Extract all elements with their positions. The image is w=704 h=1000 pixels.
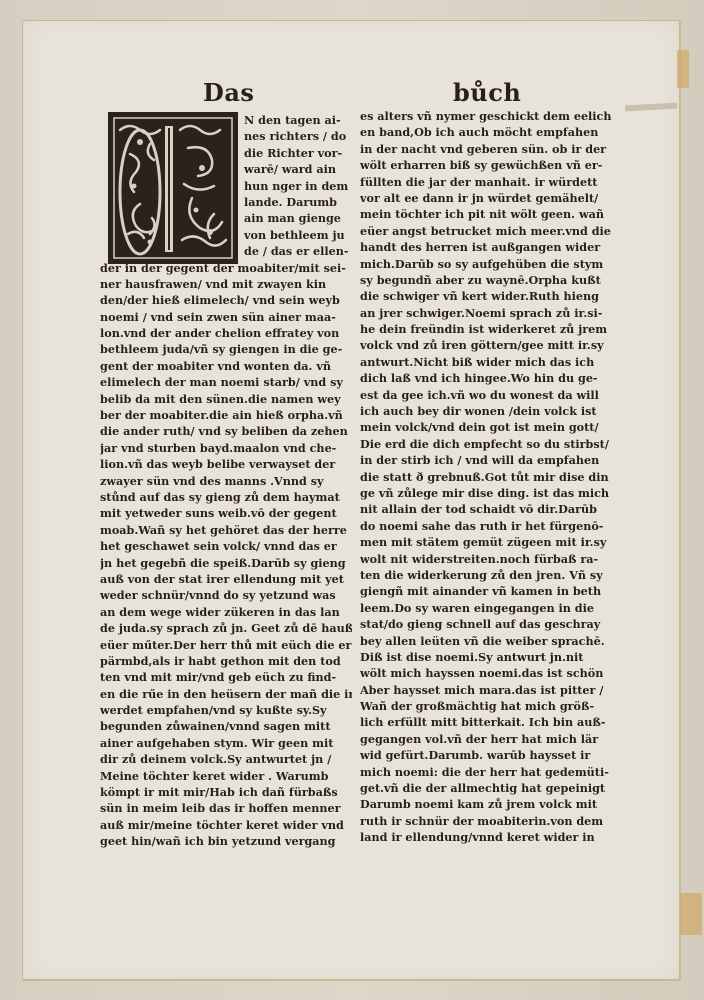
text-line: ainer aufgehaben stym. Wir geen mit — [100, 735, 352, 751]
text-line: men mit stätem gemüt zügeen mit ir.sy — [360, 534, 632, 550]
text-line: gegangen vol.vñ der herr hat mich lär — [360, 731, 632, 747]
text-line: in der stirb ich / vnd will da empfahen — [360, 452, 632, 468]
text-line: sün in meim leib das ir hoffen menner — [100, 800, 352, 816]
tape-strip-bottom-right — [680, 893, 702, 935]
text-line: elimelech der man noemi starb/ vnd sy — [100, 374, 352, 390]
text-line: an dem wege wider zükeren in das lan — [100, 604, 352, 620]
text-line: en band,Ob ich auch möcht empfahen — [360, 124, 632, 140]
text-line: in der nacht vnd geberen sün. ob ir der — [360, 141, 632, 157]
text-line: bey allen leüten vñ die weiber sprachē. — [360, 633, 632, 649]
text-line: den/der hieß elimelech/ vnd sein weyb — [100, 292, 352, 308]
text-line: de / das er ellen- — [244, 243, 352, 259]
text-line: füllten die jar der manhait. ir würdett — [360, 174, 632, 190]
text-line: belib da mit den sünen.die namen wey — [100, 391, 352, 407]
text-line: auß von der stat irer ellendung mit yet — [100, 571, 352, 587]
text-line: wölt mich hayssen noemi.das ist schön — [360, 665, 632, 681]
text-line: het geschawet sein volck/ vnnd das er — [100, 538, 352, 554]
text-line: sy begundñ aber zu waynē.Orpha kußt — [360, 272, 632, 288]
text-line: ten vnd mit mir/vnd geb eüch zu find- — [100, 669, 352, 685]
text-line: jn het gegebñ die speiß.Darūb sy gieng — [100, 555, 352, 571]
text-line: nes richters / do — [244, 128, 352, 144]
text-line: noemi / vnd sein zwen sün ainer maa- — [100, 309, 352, 325]
text-line: die Richter vor- — [244, 145, 352, 161]
text-line: eüer műter.Der herr thů mit eüch die er — [100, 637, 352, 653]
header-left-word: Das — [203, 78, 254, 107]
text-line: der in der gegent der moabiter/mit sei- — [100, 260, 352, 276]
text-line: geet hin/wañ ich bin yetzund vergang — [100, 833, 352, 849]
text-line: ber der moabiter.die ain hieß orpha.vñ — [100, 407, 352, 423]
text-line: bethleem juda/vñ sy giengen in die ge- — [100, 341, 352, 357]
text-line: gent der moabiter vnd wonten da. vñ — [100, 358, 352, 374]
text-line: es alters vñ nymer geschickt dem eelich — [360, 108, 632, 124]
text-line: begunden zůwainen/vnnd sagen mitt — [100, 718, 352, 734]
text-line: Meine töchter keret wider . Warumb — [100, 768, 352, 784]
text-line: leem.Do sy waren eingegangen in die — [360, 600, 632, 616]
text-line: wolt nit widerstreiten.noch fürbaß ra- — [360, 551, 632, 567]
text-line: he dein freündin ist widerkeret zů jrem — [360, 321, 632, 337]
text-line: get.vñ die der allmechtig hat gepeinigt — [360, 780, 632, 796]
text-line: mich noemi: die der herr hat gedemüti- — [360, 764, 632, 780]
text-line: zwayer sün vnd des manns .Vnnd sy — [100, 473, 352, 489]
text-line: vor alt ee dann ir jn würdet gemähelt/ — [360, 190, 632, 206]
text-line: auß mir/meine töchter keret wider vnd — [100, 817, 352, 833]
text-line: Wañ der großmächtig hat mich größ- — [360, 698, 632, 714]
text-line: mein töchter ich pit nit wölt geen. wañ — [360, 206, 632, 222]
text-line: est da gee ich.vñ wo du wonest da will — [360, 387, 632, 403]
text-line: antwurt.Nicht biß wider mich das ich — [360, 354, 632, 370]
text-line: hun nger in dem — [244, 178, 352, 194]
text-line: werdet empfahen/vnd sy kußte sy.Sy — [100, 702, 352, 718]
text-line: von bethleem ju — [244, 227, 352, 243]
text-line: dir zů deinem volck.Sy antwurtet jn / — [100, 751, 352, 767]
text-line: wölt erharren biß sy gewüchßen vñ er- — [360, 157, 632, 173]
text-line: pärmbd,als ir habt gethon mit den tod — [100, 653, 352, 669]
text-line: die statt ð grebnuß.Got tůt mir dise din — [360, 469, 632, 485]
text-line: Aber haysset mich mara.das ist pitter / — [360, 682, 632, 698]
text-line: kömpt ir mit mir/Hab ich dañ fürbaßs — [100, 784, 352, 800]
text-line: warē/ ward ain — [244, 161, 352, 177]
text-line: ten die widerkerung zů den jren. Vñ sy — [360, 567, 632, 583]
right-text-column: es alters vñ nymer geschickt dem eelich … — [360, 108, 632, 846]
text-line: ner hausfrawen/ vnd mit zwayen kin — [100, 276, 352, 292]
text-line: an jrer schwiger.Noemi sprach zů ir.si- — [360, 305, 632, 321]
text-line: giengñ mit ainander vñ kamen in beth — [360, 583, 632, 599]
text-line: stůnd auf das sy gieng zů dem haymat — [100, 489, 352, 505]
text-line: de juda.sy sprach zů jn. Geet zů dē hauß — [100, 620, 352, 636]
text-line: do noemi sahe das ruth ir het fürgenō- — [360, 518, 632, 534]
text-line: land ir ellendung/vnnd keret wider in — [360, 829, 632, 845]
text-line: Diß ist dise noemi.Sy antwurt jn.nit — [360, 649, 632, 665]
header-right-word: bůch — [453, 78, 521, 107]
text-line: die ander ruth/ vnd sy beliben da zehen — [100, 423, 352, 439]
text-line: lion.vñ das weyb belibe verwayset der — [100, 456, 352, 472]
text-line: wid gefürt.Darumb. warūb haysset ir — [360, 747, 632, 763]
text-line: moab.Wañ sy het gehöret das der herre — [100, 522, 352, 538]
text-line: volck vnd zů iren göttern/gee mitt ir.sy — [360, 337, 632, 353]
text-line: N den tagen ai- — [244, 112, 352, 128]
text-line: eüer angst betrucket mich meer.vnd die — [360, 223, 632, 239]
text-line: ge vñ zůlege mir dise ding. ist das mich — [360, 485, 632, 501]
text-line: die schwiger vñ kert wider.Ruth hieng — [360, 288, 632, 304]
text-line: mein volck/vnd dein got ist mein gott/ — [360, 419, 632, 435]
text-line: Die erd die dich empfecht so du stirbst/ — [360, 436, 632, 452]
text-line: lande. Darumb — [244, 194, 352, 210]
running-header: Das bůch — [0, 78, 704, 112]
text-line: ruth ir schnür der moabiterin.von dem — [360, 813, 632, 829]
text-line: nit allain der tod schaidt vō dir.Darūb — [360, 501, 632, 517]
text-line: ich auch bey dir wonen /dein volck ist — [360, 403, 632, 419]
text-line: mit yetweder suns weib.vō der gegent — [100, 505, 352, 521]
text-line: weder schnür/vnnd do sy yetzund was — [100, 587, 352, 603]
text-line: lich erfüllt mitt bitterkait. Ich bin au… — [360, 714, 632, 730]
text-line: en die rűe in den heüsern der mañ die ir — [100, 686, 352, 702]
text-line: mich.Darūb so sy aufgehüben die stym — [360, 256, 632, 272]
text-line: dich laß vnd ich hingee.Wo hin du ge- — [360, 370, 632, 386]
text-line: ain man gienge — [244, 210, 352, 226]
text-line: stat/do gieng schnell auf das geschray — [360, 616, 632, 632]
text-line: handt des herren ist außgangen wider — [360, 239, 632, 255]
text-line: lon.vnd der ander chelion effratey von — [100, 325, 352, 341]
text-line: jar vnd sturben bayd.maalon vnd che- — [100, 440, 352, 456]
text-line: Darumb noemi kam zů jrem volck mit — [360, 796, 632, 812]
left-text-column: N den tagen ai- nes richters / do die Ri… — [100, 112, 352, 850]
